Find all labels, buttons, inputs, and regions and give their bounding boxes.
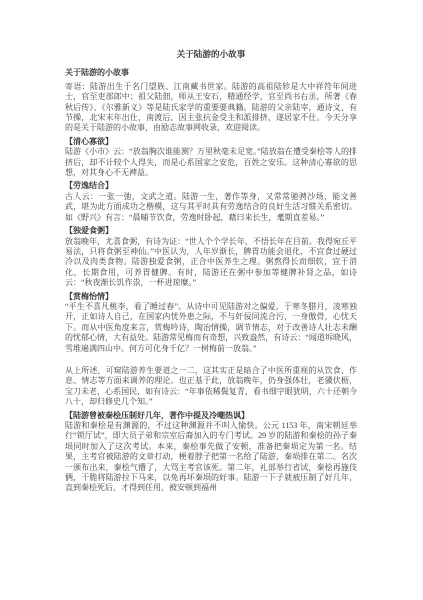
section-paragraph: 陆游和秦桧是有渊源的，不过这种渊源并不叫人愉快。公元 1153 年，南宋朝廷举行… bbox=[65, 421, 357, 494]
section-heading: 【独爱食粥】 bbox=[65, 226, 357, 236]
section-paragraph: “平生不喜凡桃李，看了睡过春”。从诗中可见陆游对之偏爱，于寒冬腊月，凌寒独开，正… bbox=[65, 302, 357, 354]
section-paragraph: 陆游《小市》云：“放翁胸次谁能测？万里秋毫未足宽。”陆放翁在遭受秦桧等人的排挤后… bbox=[65, 147, 357, 178]
section-qinhui: 【陆游曾被秦桧压制好几年，著作中提及冷嘲热讽】 陆游和秦桧是有渊源的，不过这种渊… bbox=[65, 411, 357, 494]
section-heading: 【陆游曾被秦桧压制好几年，著作中提及冷嘲热讽】 bbox=[65, 411, 357, 421]
section-shangmei: 【赏梅怡情】 “平生不喜凡桃李，看了睡过春”。从诗中可见陆游对之偏爱，于寒冬腊月… bbox=[65, 292, 357, 408]
section-heading: 【赏梅怡情】 bbox=[65, 292, 357, 302]
section-paragraph: 从上所述，可窥陆游养生要道之一二，这其实正是暗合了中医所重视的从饮食、作息、情志… bbox=[65, 366, 357, 408]
article-heading: 关于陆游的小故事 bbox=[65, 68, 357, 78]
document-page: 关于陆游的小故事 关于陆游的小故事 寄语：陆游出生于名门望族、江南藏书世家。陆游… bbox=[0, 0, 423, 600]
intro-paragraph: 寄语：陆游出生于名门望族、江南藏书世家。陆游的高祖陆轸是大中祥符年间进士，官至吏… bbox=[65, 82, 357, 134]
section-qingxin: 【清心寡欲】 陆游《小市》云：“放翁胸次谁能测？万里秋毫未足宽。”陆放翁在遭受秦… bbox=[65, 137, 357, 179]
section-laoyi: 【劳逸结合】 古人云：一张一弛，文武之道。陆游一生，著作等身，又常常驰骋沙场，能… bbox=[65, 181, 357, 223]
section-shizhou: 【独爱食粥】 放翁晚年，尤喜食粥，有诗为证：“世人个个学长年，不悟长年在目前。我… bbox=[65, 226, 357, 288]
section-heading: 【劳逸结合】 bbox=[65, 181, 357, 191]
section-paragraph: 古人云：一张一弛，文武之道。陆游一生，著作等身，又常常驰骋沙场，能文善武，堪为此… bbox=[65, 192, 357, 223]
section-paragraph: 放翁晚年，尤喜食粥，有诗为证：“世人个个学长年，不悟长年在目前。我得宛丘平易法，… bbox=[65, 237, 357, 289]
section-heading: 【清心寡欲】 bbox=[65, 137, 357, 147]
page-title: 关于陆游的小故事 bbox=[65, 49, 357, 59]
